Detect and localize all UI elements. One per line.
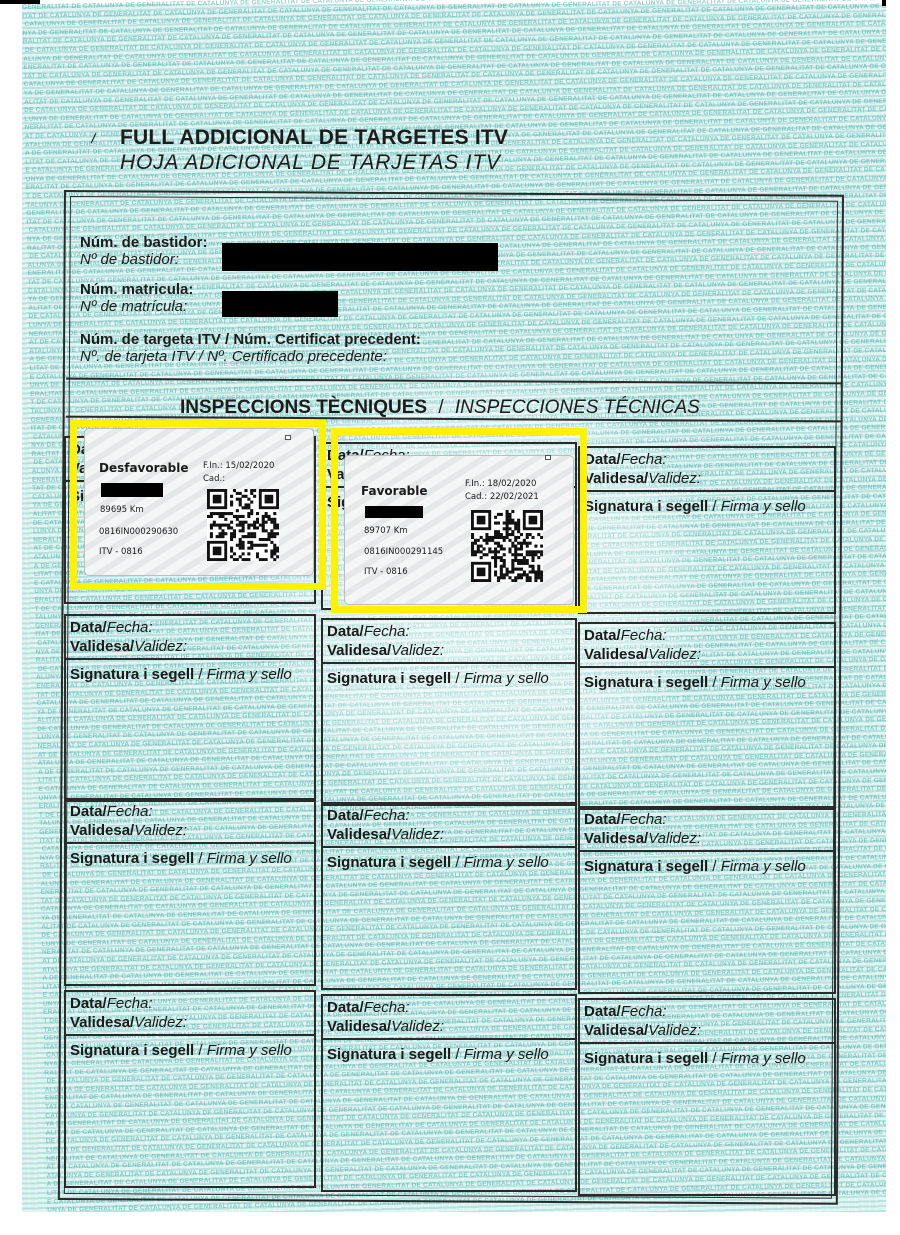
sticker-tab — [545, 455, 551, 460]
date-field: Data/Fecha: — [584, 626, 830, 645]
signature-field: Signatura i segell / Firma y sello — [584, 1050, 806, 1067]
sticker-expiry: Cad.: 22/02/2021 — [465, 492, 539, 502]
cell-header: Data/Fecha:Validesa/Validez: — [580, 624, 834, 668]
title-catalan: FULL ADDICIONAL DE TARGETES ITV — [120, 126, 508, 150]
date-field: Data/Fecha: — [327, 622, 571, 641]
inspection-cell: Data/Fecha:Validesa/Validez:Signatura i … — [64, 614, 316, 802]
date-field: Data/Fecha: — [327, 998, 571, 1017]
sticker-code: 0816IN000291145 — [364, 547, 443, 557]
expiry-label: Cad.: — [203, 474, 225, 484]
signature-field: Signatura i segell / Firma y sello — [327, 854, 549, 871]
section-title-es: INSPECCIONES TÉCNICAS — [455, 397, 700, 418]
sticker-plate-redacted — [101, 483, 163, 497]
section-title: INSPECCIONS TÈCNIQUES / INSPECCIONES TÉC… — [180, 397, 700, 419]
sticker-station: ITV - 0816 — [99, 547, 143, 557]
sticker-inspection-date: F.In.: 15/02/2020 — [203, 461, 274, 471]
sticker-result: Desfavorable — [99, 461, 188, 475]
inspection-cell: Data/Fecha:Validesa/Validez:Signatura i … — [64, 798, 316, 986]
date-field: Data/Fecha: — [70, 802, 310, 821]
inspection-cell: Data/Fecha:Validesa/Validez:Signatura i … — [578, 446, 836, 614]
signature-field: Signatura i segell / Firma y sello — [327, 670, 549, 687]
card-label-ca: Núm. de targeta ITV / Núm. Certificat pr… — [80, 331, 421, 348]
itv-sticker-unfavorable: Desfavorable 89695 Km 0816IN000290630 IT… — [84, 428, 314, 576]
date-field: Data/Fecha: — [70, 618, 310, 637]
inspection-cell: Data/Fecha:Validesa/Validez:Signatura i … — [578, 806, 836, 994]
cell-header: Data/Fecha:Validesa/Validez: — [580, 1000, 834, 1044]
inspection-date-value: 15/02/2020 — [225, 461, 274, 471]
cell-header: Data/Fecha:Validesa/Validez: — [66, 992, 314, 1036]
expiry-value: 22/02/2021 — [490, 492, 539, 502]
cell-header: Data/Fecha:Validesa/Validez: — [580, 808, 834, 852]
chassis-label-es: Nº de bastidor: — [80, 251, 208, 268]
sticker-inspection-date: F.In.: 18/02/2020 — [465, 479, 536, 489]
title-spanish: HOJA ADICIONAL DE TARJETAS ITV — [120, 151, 501, 175]
sticker-code: 0816IN000290630 — [99, 527, 178, 537]
sticker-expiry: Cad.: — [203, 474, 225, 484]
signature-field: Signatura i segell / Firma y sello — [327, 1046, 549, 1063]
inspection-cell: Data/Fecha:Validesa/Validez:Signatura i … — [321, 618, 577, 806]
sticker-result: Favorable — [361, 484, 428, 498]
validity-field: Validesa/Validez: — [584, 1021, 830, 1040]
itv-sticker-favorable: Favorable 89707 Km 0816IN000291145 ITV -… — [344, 455, 574, 605]
plate-label-es: Nº de matrícula: — [80, 298, 193, 315]
inspection-cell: Data/Fecha:Validesa/Validez:Signatura i … — [64, 990, 316, 1188]
date-field: Data/Fecha: — [584, 450, 830, 469]
validity-field: Validesa/Validez: — [584, 645, 830, 664]
date-field: Data/Fecha: — [584, 1002, 830, 1021]
qr-code-icon — [207, 489, 279, 561]
plate-value-redacted — [222, 291, 338, 317]
signature-field: Signatura i segell / Firma y sello — [584, 858, 806, 875]
signature-field: Signatura i segell / Firma y sello — [70, 850, 292, 867]
signature-field: Signatura i segell / Firma y sello — [584, 498, 806, 515]
card-field: Núm. de targeta ITV / Núm. Certificat pr… — [80, 331, 421, 365]
signature-field: Signatura i segell / Firma y sello — [584, 674, 806, 691]
validity-field: Validesa/Validez: — [70, 637, 310, 656]
validity-field: Validesa/Validez: — [70, 821, 310, 840]
validity-field: Validesa/Validez: — [70, 1013, 310, 1032]
cell-header: Data/Fecha:Validesa/Validez: — [66, 616, 314, 660]
date-field: Data/Fecha: — [70, 994, 310, 1013]
validity-field: Validesa/Validez: — [584, 469, 830, 488]
section-separator: / — [438, 397, 443, 418]
date-field: Data/Fecha: — [584, 810, 830, 829]
qr-code-icon — [471, 510, 543, 582]
sticker-km: 89695 Km — [100, 505, 144, 515]
cell-header: Data/Fecha:Validesa/Validez: — [580, 448, 834, 492]
validity-field: Validesa/Validez: — [327, 825, 571, 844]
cell-header: Data/Fecha:Validesa/Validez: — [323, 804, 575, 848]
sticker-km: 89707 Km — [364, 526, 408, 536]
inspection-cell: Data/Fecha:Validesa/Validez:Signatura i … — [321, 994, 577, 1192]
cell-header: Data/Fecha:Validesa/Validez: — [66, 800, 314, 844]
inspection-date-label: F.In.: — [203, 461, 223, 471]
inspection-cell: Data/Fecha:Validesa/Validez:Signatura i … — [578, 998, 836, 1196]
plate-field: Núm. matricula: Nº de matrícula: — [80, 281, 193, 315]
cell-header: Data/Fecha:Validesa/Validez: — [323, 620, 575, 664]
plate-label-ca: Núm. matricula: — [80, 281, 193, 298]
sticker-station: ITV - 0816 — [364, 567, 408, 577]
inspection-date-value: 18/02/2020 — [487, 479, 536, 489]
chassis-label-ca: Núm. de bastidor: — [80, 234, 208, 251]
scan-margin — [886, 0, 900, 1235]
expiry-label: Cad.: — [465, 492, 487, 502]
inspection-cell: Data/Fecha:Validesa/Validez:Signatura i … — [578, 622, 836, 810]
inspection-date-label: F.In.: — [465, 479, 485, 489]
card-label-es: Nº. de tarjeta ITV / Nº. Certificado pre… — [80, 348, 421, 365]
inspection-cell: Data/Fecha:Validesa/Validez:Signatura i … — [321, 802, 577, 990]
cell-header: Data/Fecha:Validesa/Validez: — [323, 996, 575, 1040]
sticker-tab — [285, 435, 291, 440]
validity-field: Validesa/Validez: — [584, 829, 830, 848]
signature-field: Signatura i segell / Firma y sello — [70, 1042, 292, 1059]
chassis-value-redacted — [222, 243, 498, 271]
validity-field: Validesa/Validez: — [327, 1017, 571, 1036]
signature-field: Signatura i segell / Firma y sello — [70, 666, 292, 683]
validity-field: Validesa/Validez: — [327, 641, 571, 660]
sticker-plate-redacted — [365, 506, 423, 518]
chassis-field: Núm. de bastidor: Nº de bastidor: — [80, 234, 208, 268]
scan-edge — [0, 0, 40, 4]
date-field: Data/Fecha: — [327, 806, 571, 825]
section-title-ca: INSPECCIONS TÈCNIQUES — [180, 397, 427, 418]
